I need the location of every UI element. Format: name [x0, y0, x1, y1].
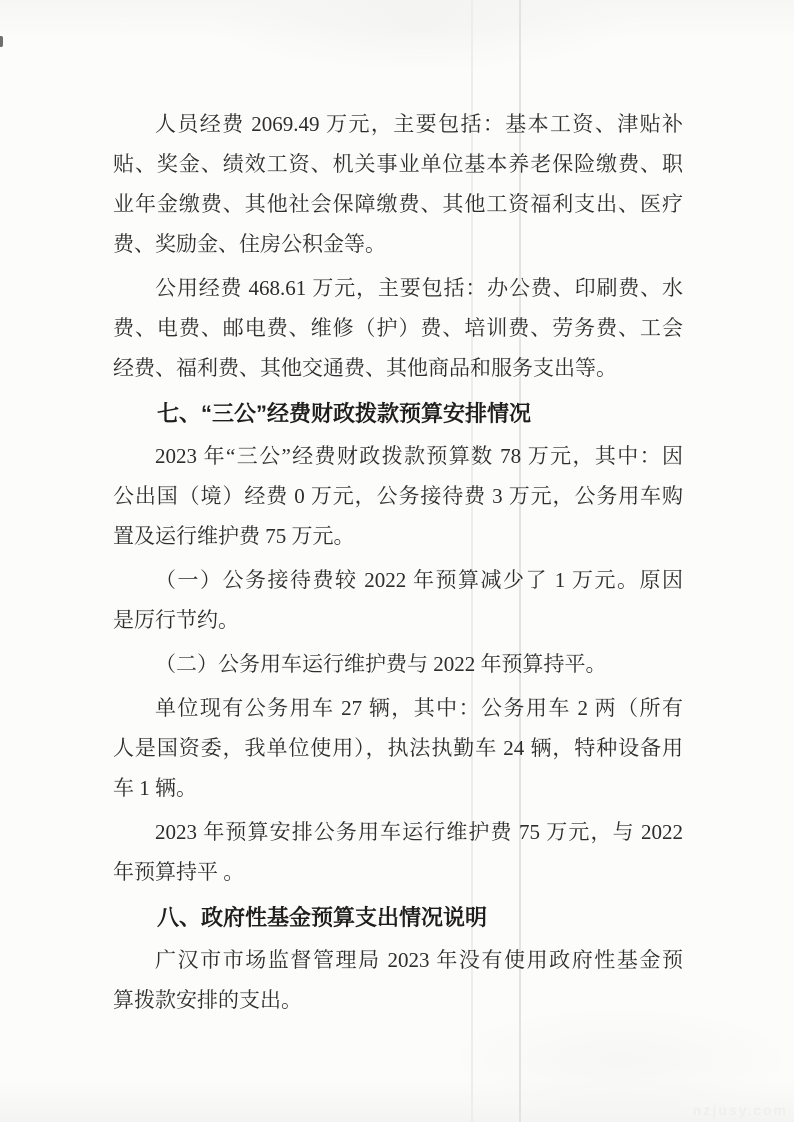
- document-line: 算拨款安排的支出。: [113, 980, 683, 1020]
- document-line: 2023 年预算安排公务用车运行维护费 75 万元，与 2022: [113, 812, 683, 852]
- watermark: nzjusy.com: [693, 1102, 788, 1118]
- paragraph-three-public-budget: 2023 年“三公”经费财政拨款预算数 78 万元，其中：因 公出国（境）经费 …: [113, 436, 683, 556]
- document-line: 车 1 辆。: [113, 768, 683, 808]
- document-line: 2023 年“三公”经费财政拨款预算数 78 万元，其中：因: [113, 436, 683, 476]
- paragraph-vehicle-budget-2023: 2023 年预算安排公务用车运行维护费 75 万元，与 2022 年预算持平 。: [113, 812, 683, 892]
- paragraph-vehicle-inventory: 单位现有公务用车 27 辆，其中：公务用车 2 两（所有 人是国资委，我单位使用…: [113, 688, 683, 808]
- document-content: 人员经费 2069.49 万元，主要包括：基本工资、津贴补 贴、奖金、绩效工资、…: [113, 104, 683, 1024]
- document-line: 业年金缴费、其他社会保障缴费、其他工资福利支出、医疗: [113, 184, 683, 224]
- document-line: 广汉市市场监督管理局 2023 年没有使用政府性基金预: [113, 940, 683, 980]
- document-line: 置及运行维护费 75 万元。: [113, 516, 683, 556]
- document-line: 费、电费、邮电费、维修（护）费、培训费、劳务费、工会: [113, 308, 683, 348]
- document-line: 是厉行节约。: [113, 600, 683, 640]
- paragraph-vehicle-maintenance: （二）公务用车运行维护费与 2022 年预算持平。: [113, 644, 683, 684]
- document-line: 公出国（境）经费 0 万元，公务接待费 3 万元，公务用车购: [113, 476, 683, 516]
- paragraph-government-fund: 广汉市市场监督管理局 2023 年没有使用政府性基金预 算拨款安排的支出。: [113, 940, 683, 1020]
- document-line: 贴、奖金、绩效工资、机关事业单位基本养老保险缴费、职: [113, 144, 683, 184]
- paragraph-personnel-expenses: 人员经费 2069.49 万元，主要包括：基本工资、津贴补 贴、奖金、绩效工资、…: [113, 104, 683, 264]
- document-line: （二）公务用车运行维护费与 2022 年预算持平。: [113, 644, 683, 684]
- section-heading-7: 七、“三公”经费财政拨款预算安排情况: [113, 396, 683, 432]
- document-line: （一）公务接待费较 2022 年预算减少了 1 万元。原因: [113, 560, 683, 600]
- scanned-document-page: 人员经费 2069.49 万元，主要包括：基本工资、津贴补 贴、奖金、绩效工资、…: [0, 0, 794, 1122]
- document-line: 年预算持平 。: [113, 852, 683, 892]
- document-line: 人是国资委，我单位使用），执法执勤车 24 辆，特种设备用: [113, 728, 683, 768]
- paragraph-reception-fee: （一）公务接待费较 2022 年预算减少了 1 万元。原因 是厉行节约。: [113, 560, 683, 640]
- scan-edge-mark: [0, 36, 3, 47]
- document-line: 公用经费 468.61 万元，主要包括：办公费、印刷费、水: [113, 268, 683, 308]
- document-line: 费、奖励金、住房公积金等。: [113, 224, 683, 264]
- document-line: 单位现有公务用车 27 辆，其中：公务用车 2 两（所有: [113, 688, 683, 728]
- paragraph-public-expenses: 公用经费 468.61 万元，主要包括：办公费、印刷费、水 费、电费、邮电费、维…: [113, 268, 683, 388]
- document-line: 经费、福利费、其他交通费、其他商品和服务支出等。: [113, 348, 683, 388]
- section-heading-8: 八、政府性基金预算支出情况说明: [113, 900, 683, 936]
- document-line: 人员经费 2069.49 万元，主要包括：基本工资、津贴补: [113, 104, 683, 144]
